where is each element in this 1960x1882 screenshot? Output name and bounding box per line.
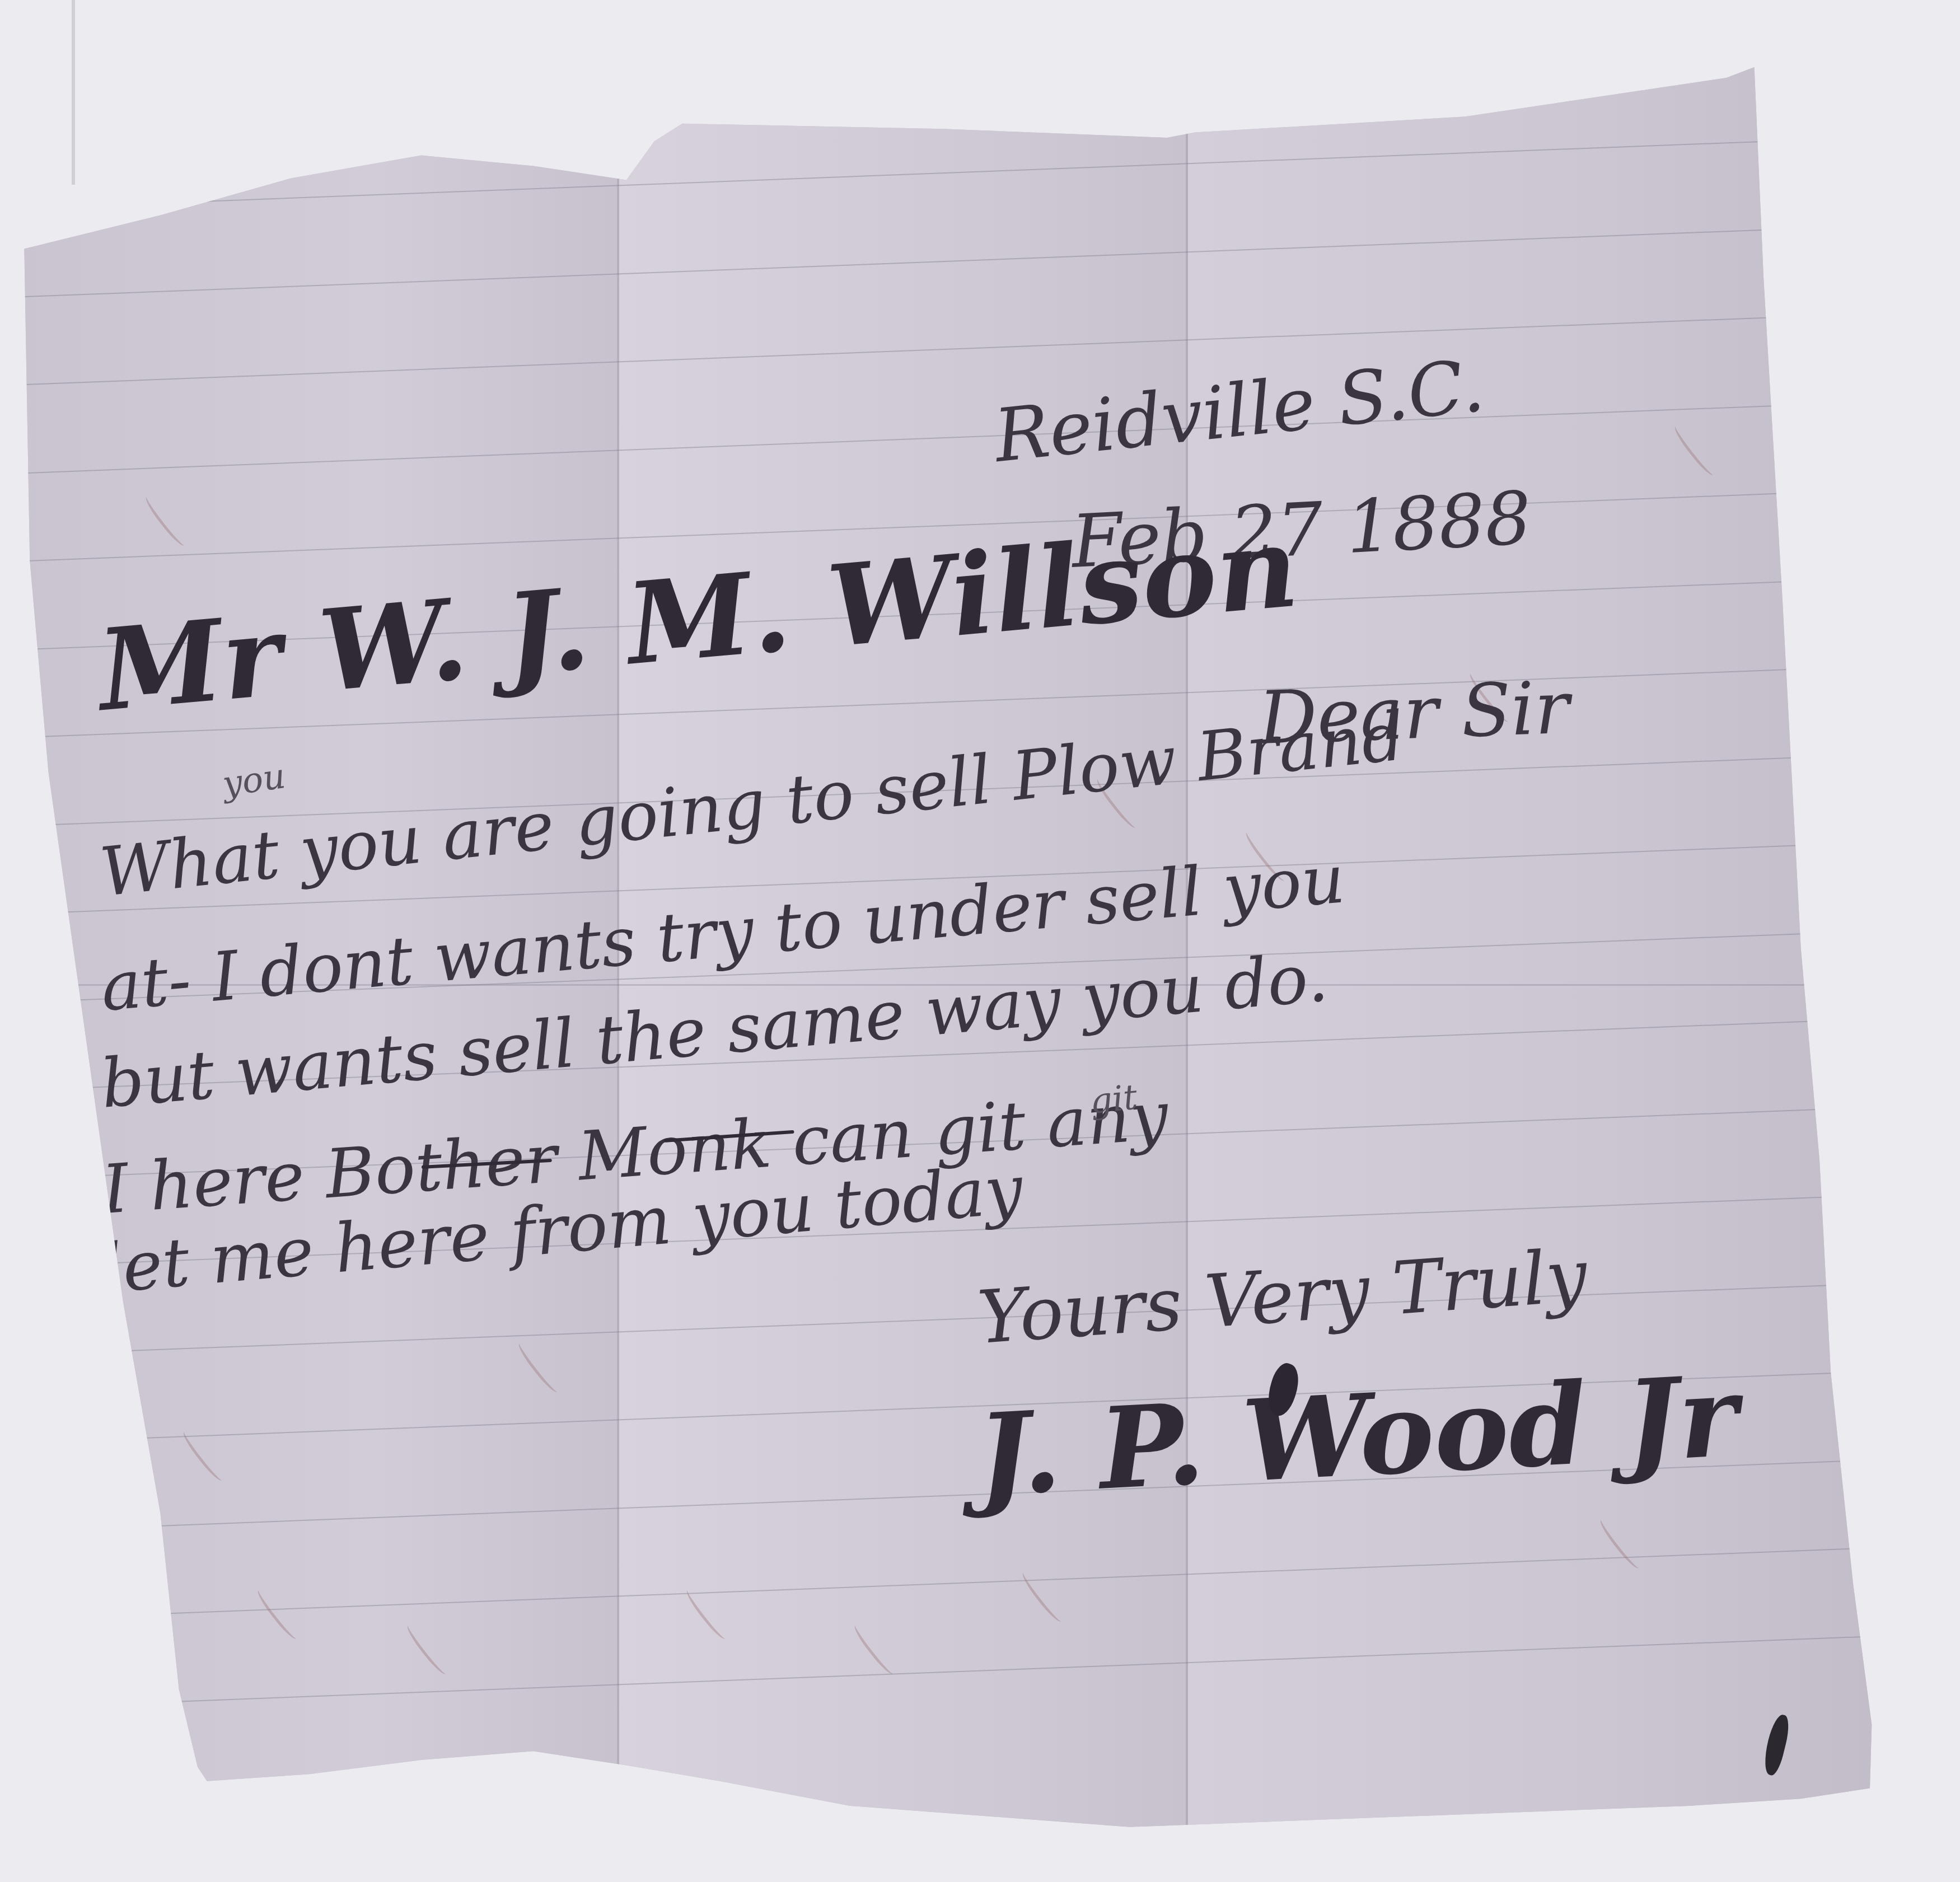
letter-paper: Reidville S.C. Feb 27 1888 Mr W. J. M. W… — [11, 67, 1875, 1830]
background-seam — [72, 0, 75, 185]
vertical-fold-2 — [1186, 67, 1188, 1830]
inserted-word-git: git — [1088, 1076, 1140, 1122]
